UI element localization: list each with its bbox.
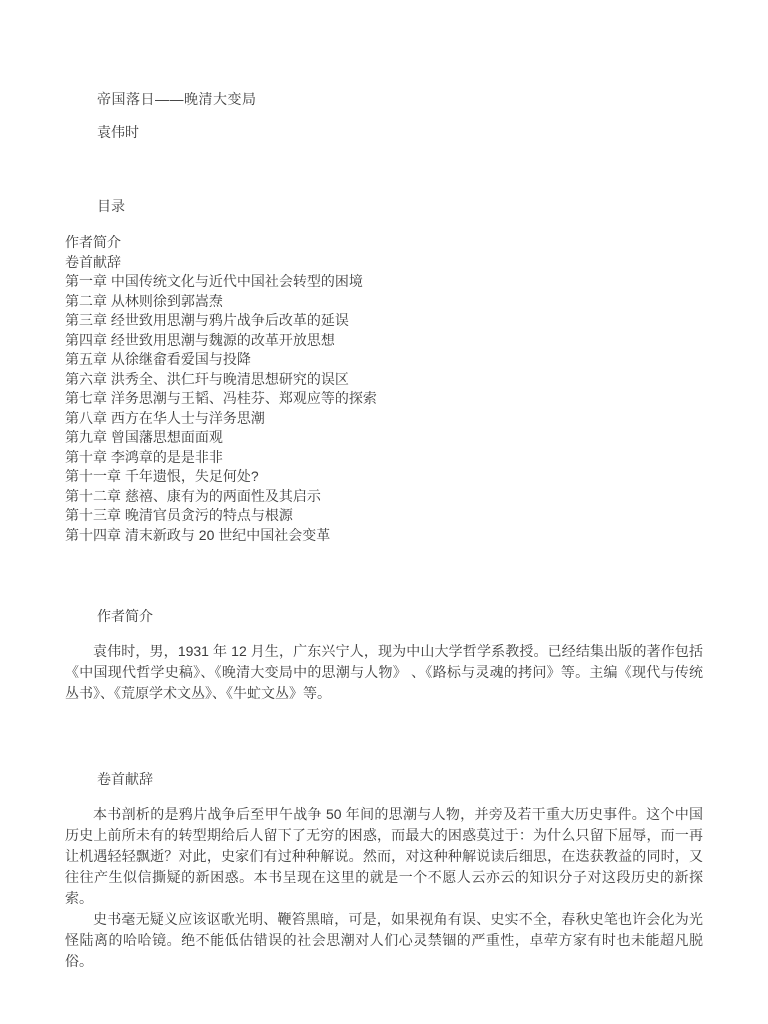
section-heading-about-author: 作者简介 — [65, 606, 703, 627]
book-author: 袁伟时 — [65, 122, 703, 143]
toc-item-chapter-6: 第六章 洪秀全、洪仁玕与晚清思想研究的误区 — [65, 370, 703, 390]
toc-item-chapter-5: 第五章 从徐继畲看爱国与投降 — [65, 350, 703, 370]
toc-item-about-author: 作者简介 — [65, 233, 703, 253]
toc-item-chapter-11: 第十一章 千年遗恨，失足何处? — [65, 467, 703, 487]
section-heading-preface: 卷首献辞 — [65, 769, 703, 790]
toc-item-chapter-9: 第九章 曾国藩思想面面观 — [65, 428, 703, 448]
toc-item-chapter-8: 第八章 西方在华人士与洋务思潮 — [65, 409, 703, 429]
preface-paragraph-2: 史书毫无疑义应该讴歌光明、鞭笞黑暗，可是，如果视角有误、史实不全，春秋史笔也许会… — [65, 909, 703, 972]
toc-item-chapter-3: 第三章 经世致用思潮与鸦片战争后改革的延误 — [65, 311, 703, 331]
preface-paragraph-1: 本书剖析的是鸦片战争后至甲午战争 50 年间的思潮与人物，并旁及若干重大历史事件… — [65, 804, 703, 909]
toc-item-chapter-7: 第七章 洋务思潮与王韬、冯桂芬、郑观应等的探索 — [65, 389, 703, 409]
table-of-contents: 作者简介 卷首献辞 第一章 中国传统文化与近代中国社会转型的困境 第二章 从林则… — [65, 233, 703, 545]
toc-item-chapter-14: 第十四章 清末新政与 20 世纪中国社会变革 — [65, 526, 703, 546]
toc-item-chapter-12: 第十二章 慈禧、康有为的两面性及其启示 — [65, 487, 703, 507]
toc-item-chapter-13: 第十三章 晚清官员贪污的特点与根源 — [65, 506, 703, 526]
toc-heading: 目录 — [65, 196, 703, 217]
book-title: 帝国落日——晚清大变局 — [65, 89, 703, 110]
about-author-paragraph: 袁伟时，男，1931 年 12 月生，广东兴宁人，现为中山大学哲学系教授。已经结… — [65, 641, 703, 704]
toc-item-chapter-2: 第二章 从林则徐到郭嵩焘 — [65, 292, 703, 312]
document-page: 帝国落日——晚清大变局 袁伟时 目录 作者简介 卷首献辞 第一章 中国传统文化与… — [0, 0, 768, 1024]
page-content: 帝国落日——晚清大变局 袁伟时 目录 作者简介 卷首献辞 第一章 中国传统文化与… — [0, 0, 768, 972]
toc-item-chapter-10: 第十章 李鸿章的是是非非 — [65, 448, 703, 468]
toc-item-chapter-1: 第一章 中国传统文化与近代中国社会转型的困境 — [65, 272, 703, 292]
toc-item-preface: 卷首献辞 — [65, 253, 703, 273]
toc-item-chapter-4: 第四章 经世致用思潮与魏源的改革开放思想 — [65, 331, 703, 351]
